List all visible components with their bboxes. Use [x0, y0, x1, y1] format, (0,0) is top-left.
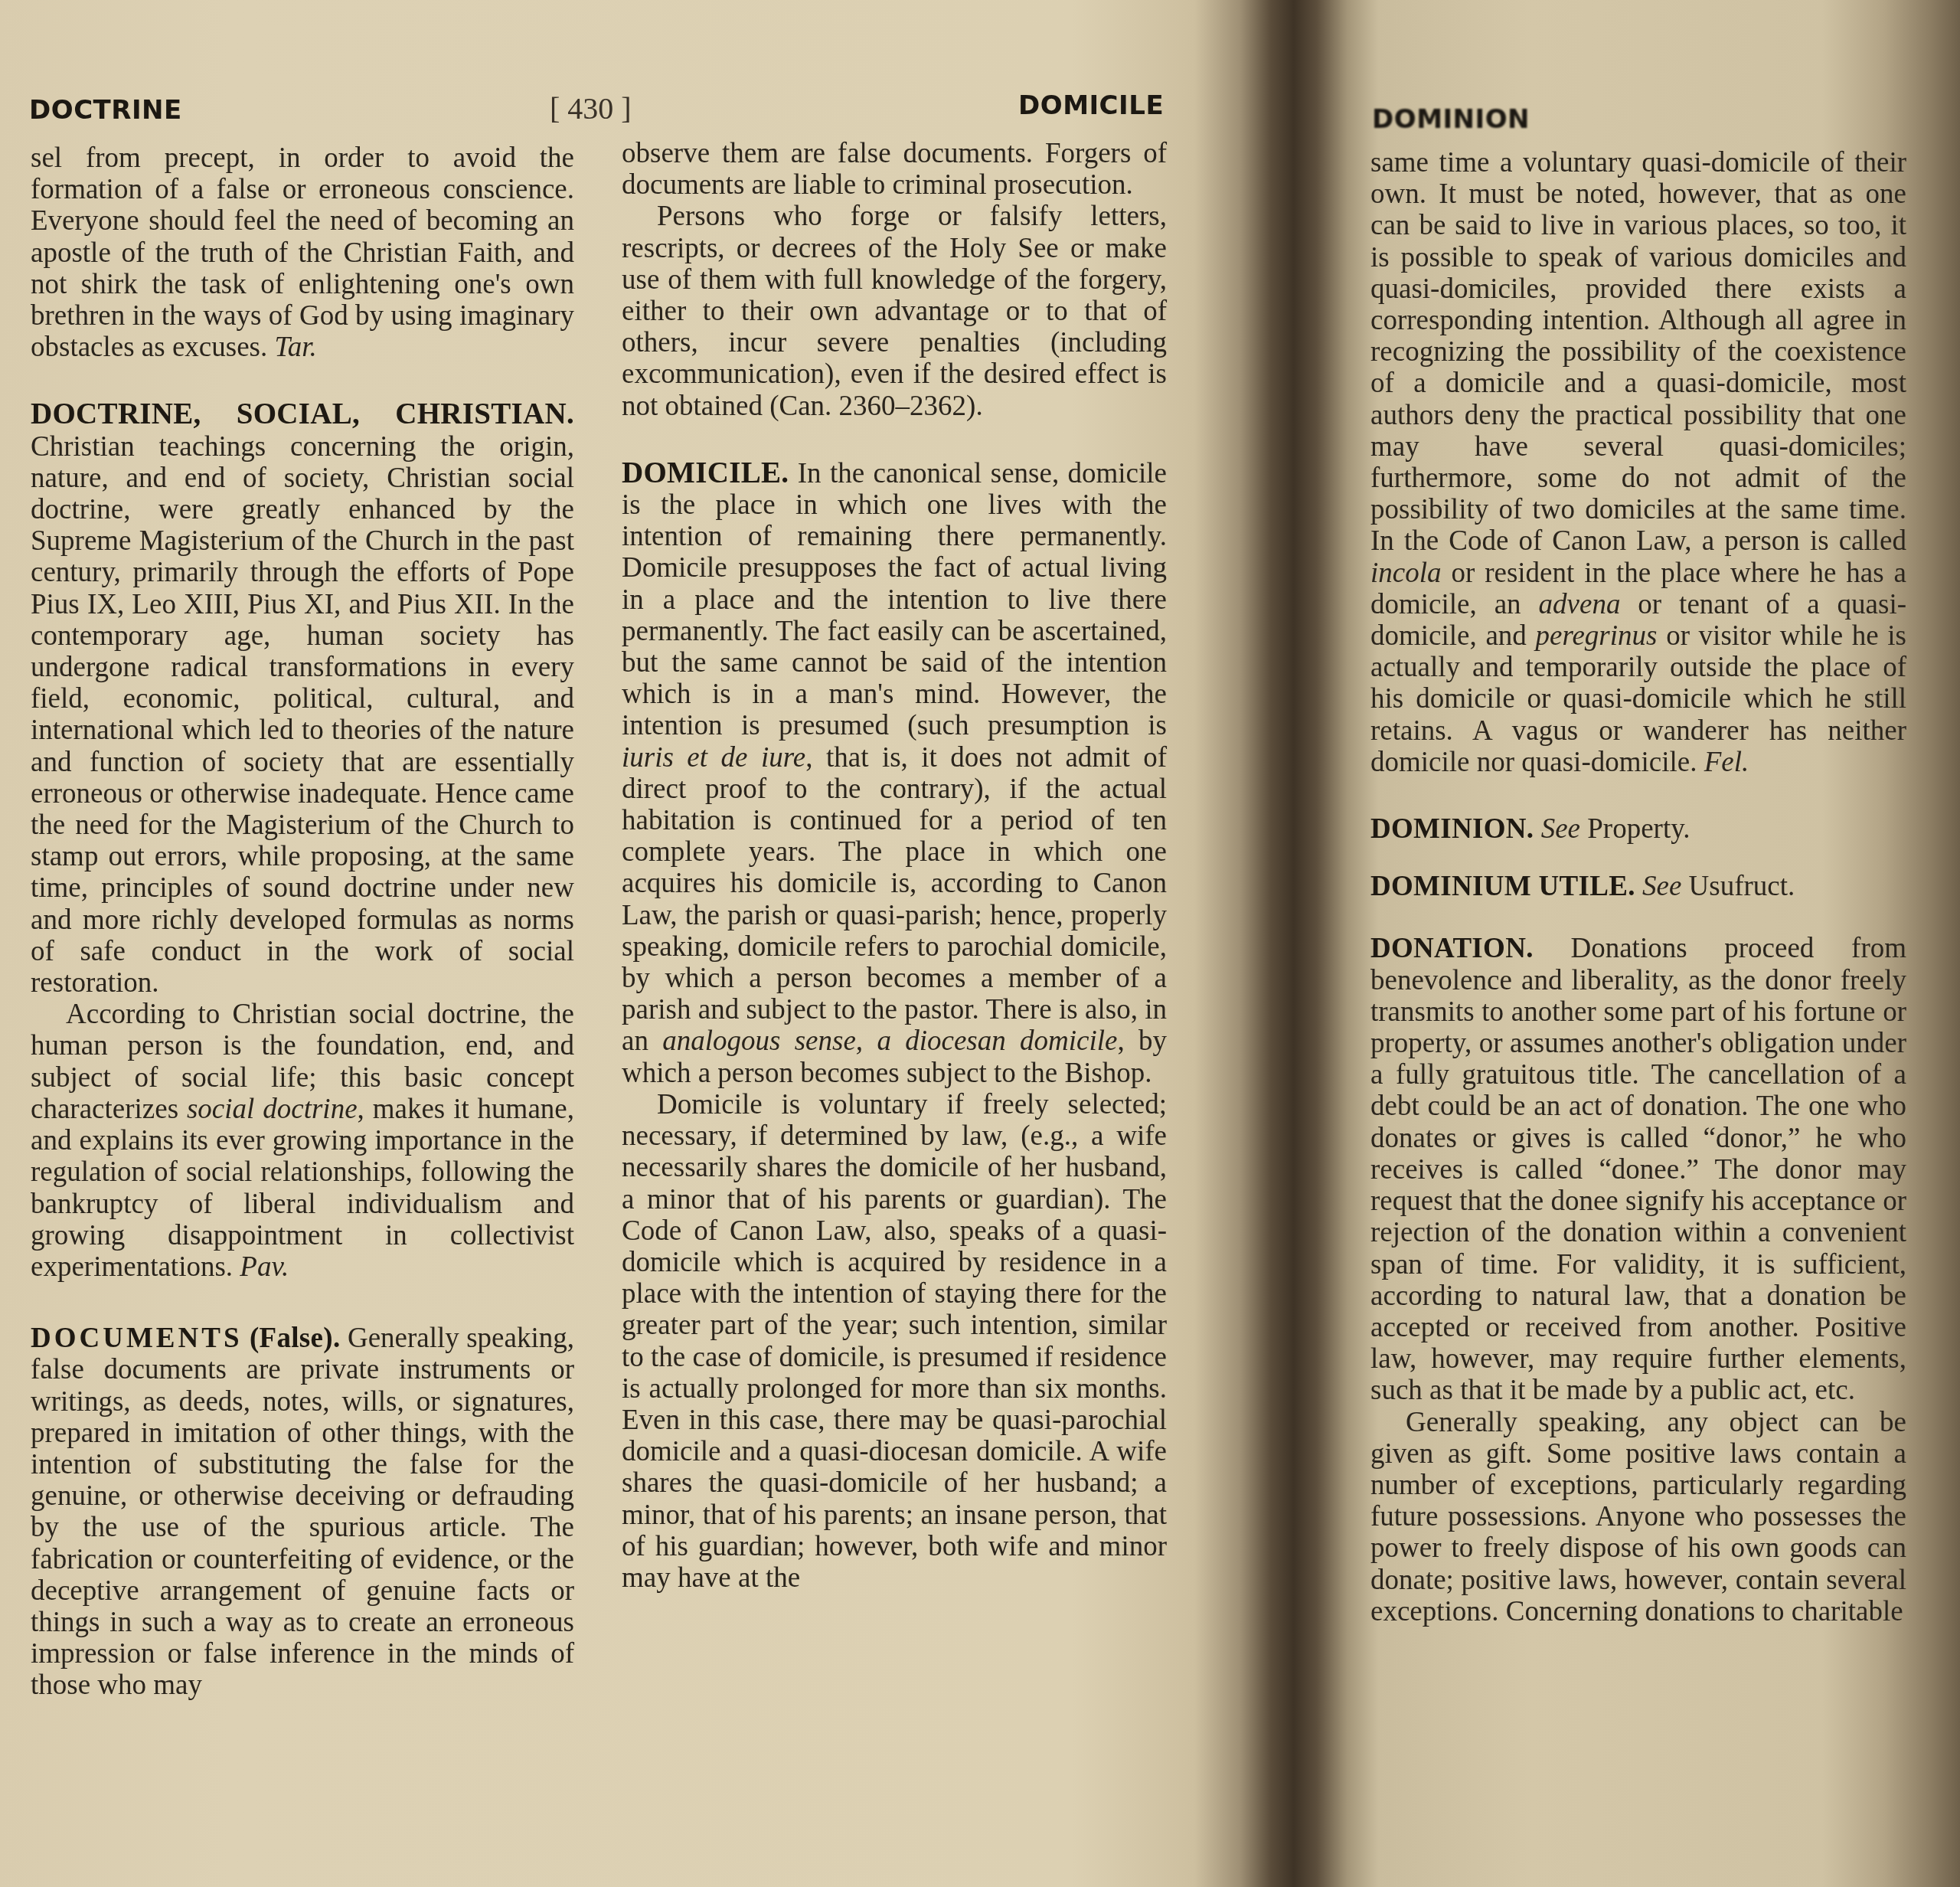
- entry-paragraph: Generally speaking, any object can be gi…: [1370, 1407, 1906, 1627]
- italic-term: advena: [1539, 589, 1621, 620]
- continuation-paragraph: Persons who forge or falsify letters, re…: [622, 201, 1167, 421]
- entry-paragraph: DOCUMENTS (False). Generally speaking, f…: [31, 1323, 574, 1701]
- entry-dominium-utile: DOMINIUM UTILE. See Usufruct.: [1370, 871, 1906, 902]
- author-initials: Tar.: [275, 332, 317, 363]
- headword: DOMICILE.: [622, 456, 789, 489]
- column-left: sel from precept, in order to avoid the …: [31, 142, 574, 1702]
- continuation-paragraph: same time a voluntary quasi-domicile of …: [1370, 147, 1906, 778]
- author-initials: Pav.: [240, 1251, 289, 1283]
- continuation-text: sel from precept, in order to avoid the …: [31, 142, 574, 363]
- headword: DOCUMENTS: [31, 1323, 243, 1354]
- headword-qualifier: (False).: [250, 1323, 341, 1354]
- entry-paragraph: DOMICILE. In the canonical sense, domici…: [622, 457, 1167, 1089]
- italic-term: peregrinus: [1536, 620, 1658, 652]
- entry-text: same time a voluntary quasi-domicile of …: [1370, 147, 1906, 557]
- headword: DOCTRINE, SOCIAL, CHRISTIAN.: [31, 397, 574, 430]
- headword: DONATION.: [1370, 933, 1534, 964]
- column-right: same time a voluntary quasi-domicile of …: [1370, 147, 1906, 1627]
- running-head: DOMINION: [1372, 104, 1530, 135]
- page-number: [ 430 ]: [550, 90, 632, 126]
- italic-term: social doctrine: [187, 1094, 358, 1125]
- left-page: DOCTRINE [ 430 ] DOMICILE sel from prece…: [0, 0, 1225, 1887]
- entry-doctrine-social-christian: DOCTRINE, SOCIAL, CHRISTIAN. Christian t…: [31, 398, 574, 1283]
- entry-paragraph: DOCTRINE, SOCIAL, CHRISTIAN. Christian t…: [31, 398, 574, 999]
- column-middle: observe them are false documents. Forger…: [622, 138, 1167, 1594]
- entry-text: Donations proceed from benevolence and l…: [1370, 933, 1906, 1406]
- continuation-paragraph: observe them are false documents. Forger…: [622, 138, 1167, 201]
- entry-dominion: DOMINION. See Property.: [1370, 813, 1906, 845]
- italic-term: analogous sense, a diocesan domicile: [662, 1025, 1117, 1057]
- author-initials: Fel.: [1704, 747, 1749, 778]
- entry-text: In the canonical sense, domicile is the …: [622, 458, 1167, 742]
- right-page: DOMINION same time a voluntary quasi-dom…: [1332, 0, 1960, 1887]
- cross-reference-link: Property.: [1587, 813, 1690, 845]
- entry-continuation: sel from precept, in order to avoid the …: [31, 142, 574, 363]
- book-spread: DOCTRINE [ 430 ] DOMICILE sel from prece…: [0, 0, 1960, 1887]
- entry-paragraph: According to Christian social doctrine, …: [31, 999, 574, 1283]
- italic-term: iuris et de iure: [622, 742, 805, 773]
- entry-donation: DONATION. Donations proceed from benevol…: [1370, 933, 1906, 1627]
- cross-reference-link: Usufruct.: [1689, 871, 1795, 902]
- entry-documents-false: DOCUMENTS (False). Generally speaking, f…: [31, 1323, 574, 1701]
- entry-paragraph: Domicile is voluntary if freely selected…: [622, 1089, 1167, 1594]
- italic-term: incola: [1370, 558, 1441, 589]
- see-label: See: [1642, 871, 1681, 902]
- running-head-right: DOMICILE: [1018, 90, 1164, 121]
- see-label: See: [1541, 813, 1580, 845]
- running-head-left: DOCTRINE: [29, 95, 182, 126]
- entry-domicile: DOMICILE. In the canonical sense, domici…: [622, 457, 1167, 1594]
- entry-text: Christian teachings concerning the origi…: [31, 431, 574, 999]
- entry-text: Generally speaking, false documents are …: [31, 1323, 574, 1701]
- headword: DOMINIUM UTILE.: [1370, 871, 1635, 902]
- entry-paragraph: DONATION. Donations proceed from benevol…: [1370, 933, 1906, 1406]
- headword: DOMINION.: [1370, 813, 1534, 845]
- entry-text: , that is, it does not admit of direct p…: [622, 742, 1167, 1058]
